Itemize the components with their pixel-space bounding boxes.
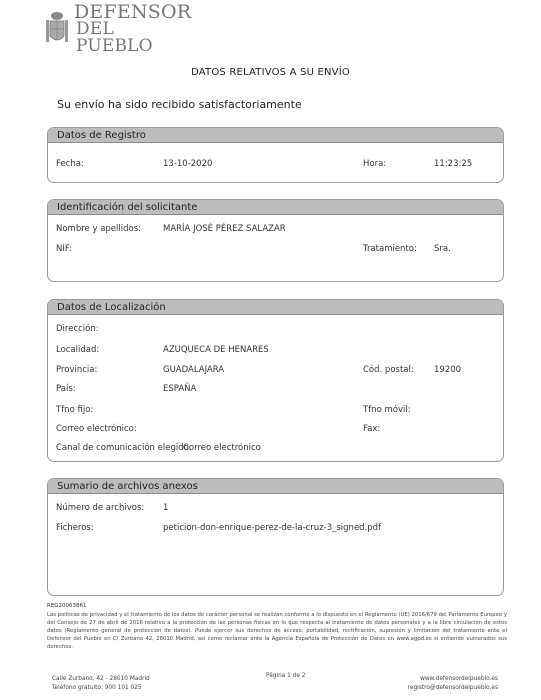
hora-value: 11:23:25 [434, 159, 472, 169]
canal-label: Canal de comunicación elegido: [56, 443, 192, 453]
ficheros-value: peticion-don-enrique-perez-de-la-cruz-3_… [163, 523, 381, 533]
cp-label: Cód. postal: [363, 365, 414, 375]
tratamiento-label: Tratamiento: [363, 244, 417, 254]
section-title: Datos de Registro [48, 128, 503, 143]
privacy-notice: Las políticas de privacidad y el tratami… [47, 611, 507, 651]
section-title: Datos de Localización [48, 300, 503, 315]
provincia-label: Provincia: [56, 365, 97, 375]
provincia-value: GUADALAJARA [163, 365, 224, 375]
footer-phone: Teléfono gratuito: 900 101 025 [52, 684, 150, 693]
page-number: Página 1 de 2 [266, 673, 305, 679]
hora-label: Hora: [363, 159, 386, 169]
section-title: Identificación del solicitante [48, 200, 503, 215]
section-localizacion: Datos de Localización Dirección: Localid… [47, 299, 504, 462]
document-title: DATOS RELATIVOS A SU ENVÍO [0, 67, 541, 78]
footer-links: www.defensordelpueblo.es registro@defens… [408, 675, 498, 693]
section-anexos: Sumario de archivos anexos Número de arc… [47, 478, 504, 596]
tfno-fijo-label: Tfno fijo: [56, 405, 93, 415]
footer-address: Calle Zurbano, 42 - 28010 Madrid [52, 675, 150, 684]
section-registro: Datos de Registro Fecha: 13-10-2020 Hora… [47, 127, 504, 183]
localidad-value: AZUQUECA DE HENARES [163, 345, 269, 355]
fax-label: Fax: [363, 424, 380, 434]
footer-contact: Calle Zurbano, 42 - 28010 Madrid Teléfon… [52, 675, 150, 693]
footer-email-link[interactable]: registro@defensordelpueblo.es [408, 684, 498, 693]
pais-value: ESPAÑA [163, 384, 196, 394]
tratamiento-value: Sra. [434, 244, 451, 254]
section-title: Sumario de archivos anexos [48, 479, 503, 494]
defensor-del-pueblo-logo: DEFENSOR DEL PUEBLO [44, 8, 184, 50]
logo-line-2: DEL PUEBLO [74, 21, 191, 55]
footer-website-link[interactable]: www.defensordelpueblo.es [408, 675, 498, 684]
nif-label: NIF: [56, 244, 72, 254]
direccion-label: Dirección: [56, 324, 99, 334]
pais-label: País: [56, 384, 76, 394]
localidad-label: Localidad: [56, 345, 99, 355]
logo-line-1: DEFENSOR [74, 4, 191, 21]
numero-archivos-label: Número de archivos: [56, 503, 144, 513]
coat-of-arms-icon [44, 10, 70, 48]
nombre-label: Nombre y apellidos: [56, 224, 141, 234]
correo-label: Correo electrónico: [56, 424, 137, 434]
ficheros-label: Ficheros: [56, 523, 94, 533]
fecha-value: 13-10-2020 [163, 159, 212, 169]
fecha-label: Fecha: [56, 159, 84, 169]
canal-value: Correo electrónico [183, 443, 261, 453]
nombre-value: MARÍA JOSÉ PÉREZ SALAZAR [163, 224, 286, 234]
confirmation-message: Su envío ha sido recibido satisfactoriam… [57, 98, 302, 111]
tfno-movil-label: Tfno móvil: [363, 405, 411, 415]
numero-archivos-value: 1 [163, 503, 168, 513]
cp-value: 19200 [434, 365, 461, 375]
registration-code: REG20063861 [47, 603, 87, 609]
section-solicitante: Identificación del solicitante Nombre y … [47, 199, 504, 282]
